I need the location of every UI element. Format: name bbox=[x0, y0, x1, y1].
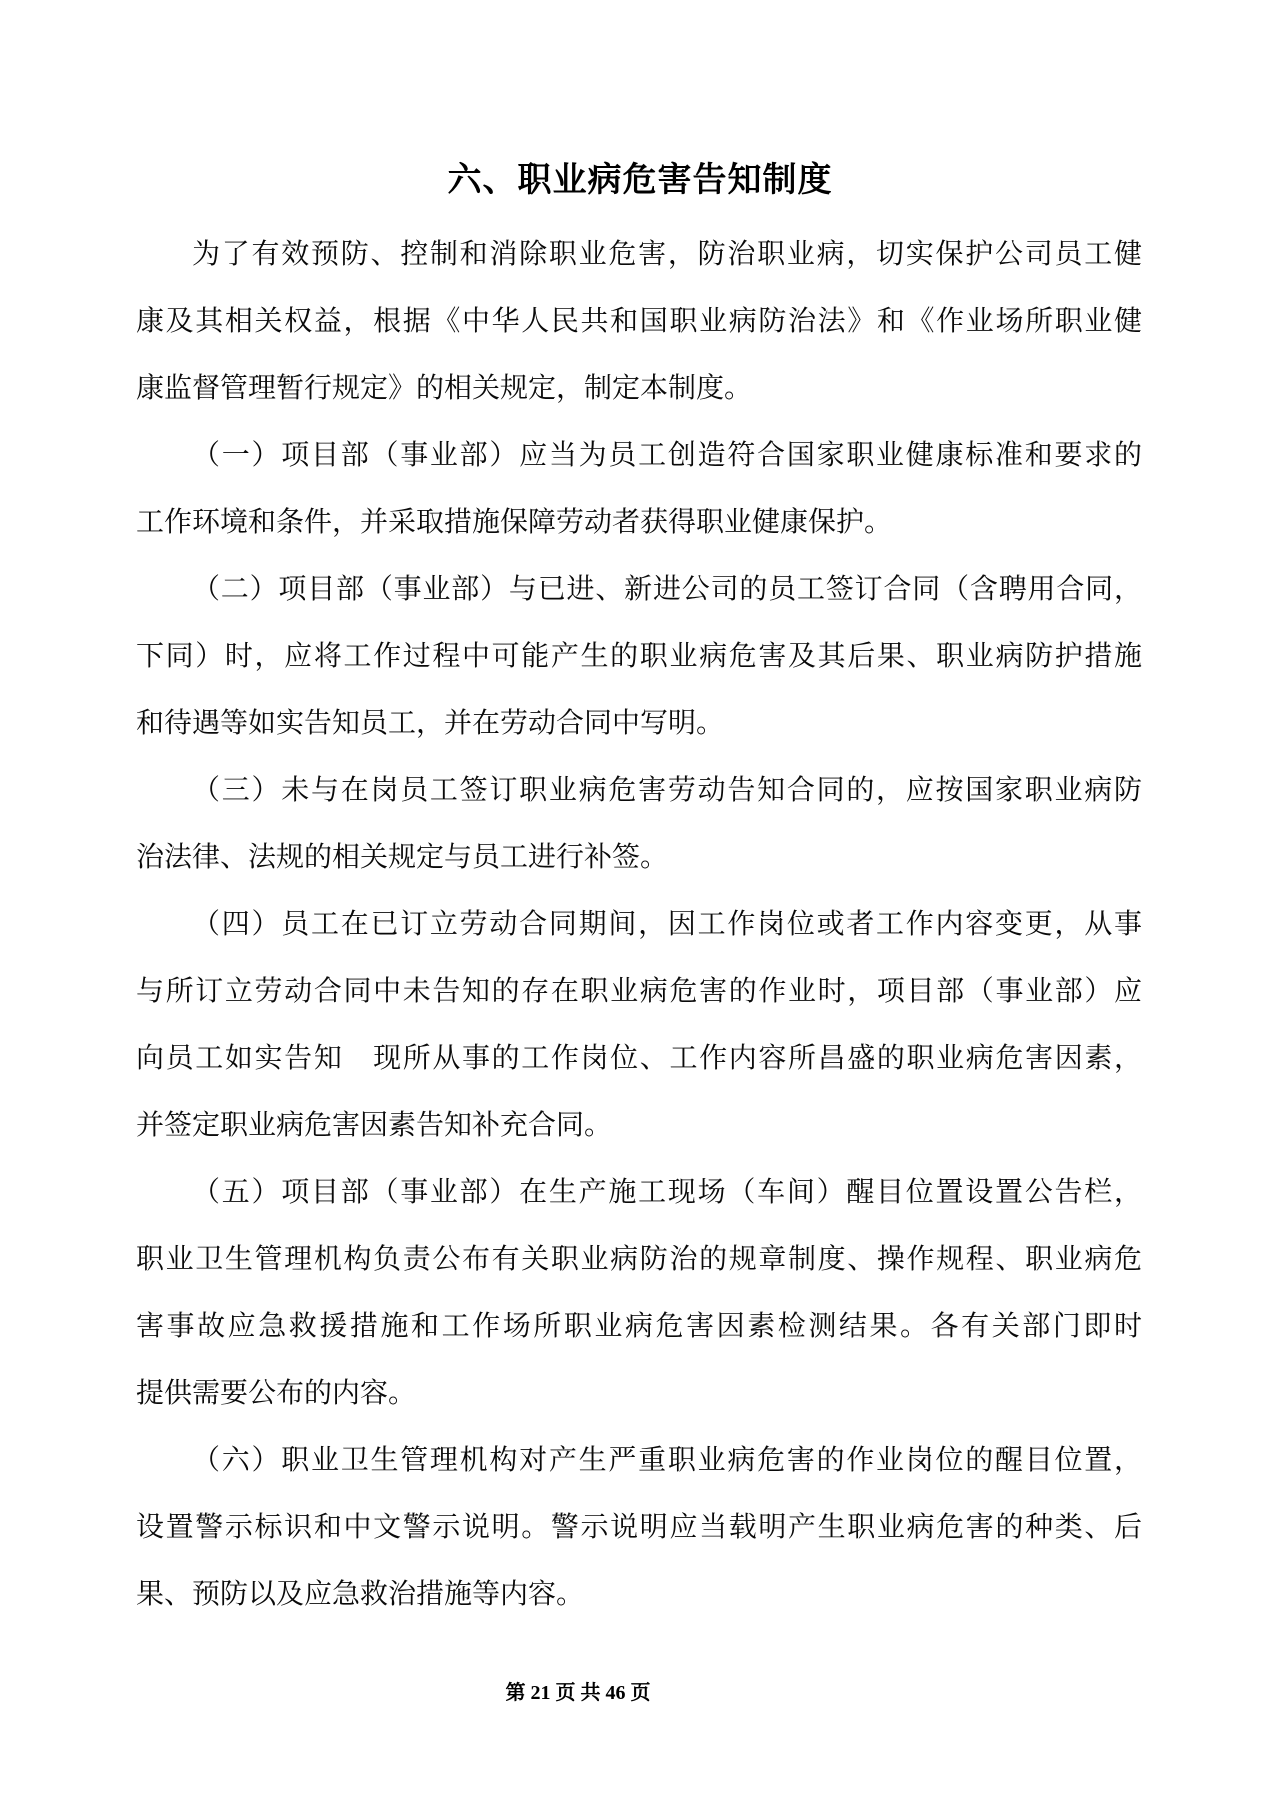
text-line: 害事故应急救援措施和工作场所职业病危害因素检测结果。各有关部门即时 bbox=[136, 1293, 1142, 1360]
paragraph: （五）项目部（事业部）在生产施工现场（车间）醒目位置设置公告栏，职业卫生管理机构… bbox=[136, 1159, 1142, 1427]
document-title: 六、职业病危害告知制度 bbox=[0, 0, 1280, 203]
text-line: 工作环境和条件，并采取措施保障劳动者获得职业健康保护。 bbox=[136, 489, 1142, 556]
text-line: 与所订立劳动合同中未告知的存在职业病危害的作业时，项目部（事业部）应 bbox=[136, 958, 1142, 1025]
paragraph: （三）未与在岗员工签订职业病危害劳动告知合同的，应按国家职业病防治法律、法规的相… bbox=[136, 757, 1142, 891]
paragraph: （二）项目部（事业部）与已进、新进公司的员工签订合同（含聘用合同，下同）时，应将… bbox=[136, 556, 1142, 757]
text-line: 治法律、法规的相关规定与员工进行补签。 bbox=[136, 824, 1142, 891]
page-number-label: 第 21 页 共 46 页 bbox=[506, 1682, 651, 1704]
text-line: 康监督管理暂行规定》的相关规定，制定本制度。 bbox=[136, 355, 1142, 422]
paragraph: （六）职业卫生管理机构对产生严重职业病危害的作业岗位的醒目位置，设置警示标识和中… bbox=[136, 1427, 1142, 1628]
text-line: 和待遇等如实告知员工，并在劳动合同中写明。 bbox=[136, 690, 1142, 757]
text-line: 职业卫生管理机构负责公布有关职业病防治的规章制度、操作规程、职业病危 bbox=[136, 1226, 1142, 1293]
text-line: （六）职业卫生管理机构对产生严重职业病危害的作业岗位的醒目位置， bbox=[136, 1427, 1142, 1494]
text-line: 并签定职业病危害因素告知补充合同。 bbox=[136, 1092, 1142, 1159]
text-line: （三）未与在岗员工签订职业病危害劳动告知合同的，应按国家职业病防 bbox=[136, 757, 1142, 824]
text-line: 设置警示标识和中文警示说明。警示说明应当载明产生职业病危害的种类、后 bbox=[136, 1494, 1142, 1561]
text-line: （五）项目部（事业部）在生产施工现场（车间）醒目位置设置公告栏， bbox=[136, 1159, 1142, 1226]
text-line: 提供需要公布的内容。 bbox=[136, 1360, 1142, 1427]
text-line: 下同）时，应将工作过程中可能产生的职业病危害及其后果、职业病防护措施 bbox=[136, 623, 1142, 690]
text-line: 康及其相关权益，根据《中华人民共和国职业病防治法》和《作业场所职业健 bbox=[136, 288, 1142, 355]
text-line: 果、预防以及应急救治措施等内容。 bbox=[136, 1561, 1142, 1628]
paragraph: （一）项目部（事业部）应当为员工创造符合国家职业健康标准和要求的工作环境和条件，… bbox=[136, 422, 1142, 556]
paragraph: （四）员工在已订立劳动合同期间，因工作岗位或者工作内容变更，从事与所订立劳动合同… bbox=[136, 891, 1142, 1159]
paragraph: 为了有效预防、控制和消除职业危害，防治职业病，切实保护公司员工健康及其相关权益，… bbox=[136, 221, 1142, 422]
text-line: 向员工如实告知 现所从事的工作岗位、工作内容所昌盛的职业病危害因素， bbox=[136, 1025, 1142, 1092]
text-line: （一）项目部（事业部）应当为员工创造符合国家职业健康标准和要求的 bbox=[136, 422, 1142, 489]
page-footer: 第 21 页 共 46 页 bbox=[0, 1679, 1156, 1707]
text-line: （四）员工在已订立劳动合同期间，因工作岗位或者工作内容变更，从事 bbox=[136, 891, 1142, 958]
text-line: 为了有效预防、控制和消除职业危害，防治职业病，切实保护公司员工健 bbox=[136, 221, 1142, 288]
document-page: 六、职业病危害告知制度 为了有效预防、控制和消除职业危害，防治职业病，切实保护公… bbox=[0, 0, 1280, 1810]
text-line: （二）项目部（事业部）与已进、新进公司的员工签订合同（含聘用合同， bbox=[136, 556, 1142, 623]
document-body: 为了有效预防、控制和消除职业危害，防治职业病，切实保护公司员工健康及其相关权益，… bbox=[136, 221, 1142, 1628]
